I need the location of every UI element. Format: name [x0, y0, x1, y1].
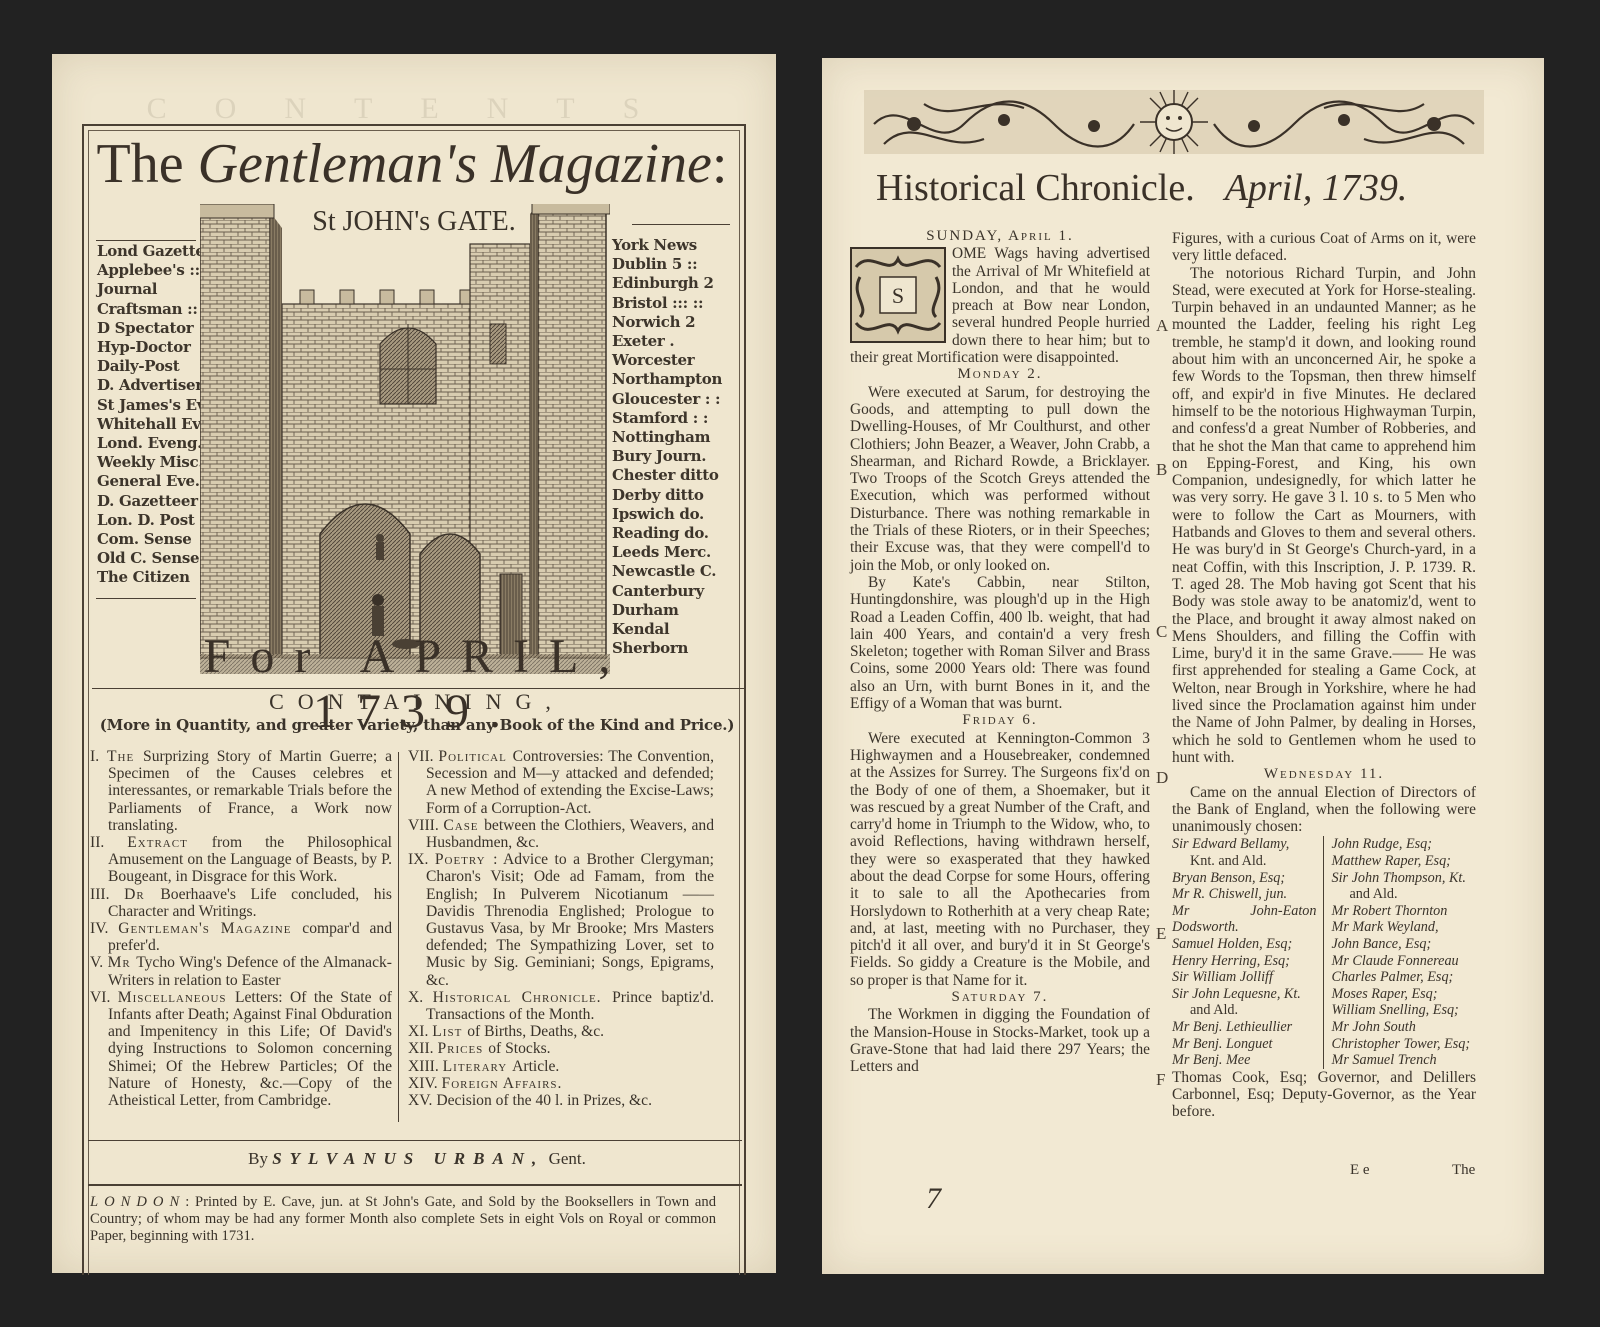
date-heading: Saturday 7. — [850, 989, 1150, 1006]
chronicle-column-left: SUNDAY, April 1.SOME Wags having adverti… — [850, 228, 1150, 1076]
newspaper-name: Edinburgh 2 — [612, 274, 732, 293]
newspaper-name: Com. Sense — [97, 530, 207, 549]
svg-text:S: S — [892, 283, 904, 308]
contents-item-text: Tycho Wing's Defence of the Almanack-Wri… — [108, 954, 392, 988]
newspaper-name: Lond Gazette — [97, 242, 207, 261]
director-name: Mr Benj. Longuet — [1172, 1036, 1317, 1053]
director-name: John Rudge, Esq; — [1332, 836, 1477, 853]
contents-item-lead: Miscellaneous — [118, 989, 235, 1006]
director-name: Mr Samuel Trench — [1332, 1052, 1477, 1069]
contents-item-lead: Poetry — [435, 851, 493, 868]
newspaper-name: Nottingham — [612, 428, 732, 447]
contents-item-lead: Case — [443, 817, 484, 834]
contents-item-number: XIII. — [408, 1058, 443, 1075]
contents-item-number: XIV. — [408, 1075, 442, 1092]
newspaper-name: York News — [612, 236, 732, 255]
newspaper-name: D. Advertiser — [97, 376, 207, 395]
director-name: Charles Palmer, Esq; — [1332, 969, 1477, 986]
contents-item-number: V. — [90, 954, 108, 971]
contents-item-number: II. — [90, 834, 127, 851]
newspaper-name: Durham — [612, 601, 732, 620]
director-name: Matthew Raper, Esq; — [1332, 853, 1477, 870]
contents-item-number: VII. — [408, 748, 438, 765]
contents-item-lead: Gentleman's Magazine — [118, 920, 302, 937]
contents-item-text: : Advice to a Brother Clergyman; Charon'… — [426, 851, 714, 988]
chronicle-paragraph: By Kate's Cabbin, near Stilton, Huntingd… — [850, 574, 1150, 712]
containing-heading: CONTAINING, — [92, 689, 742, 715]
director-name: Sir John Lequesne, Kt. — [1172, 986, 1317, 1003]
margin-letter-d: D — [1156, 768, 1168, 788]
bank-directors-list: Sir Edward Bellamy,Knt. and Ald.Bryan Be… — [1172, 836, 1476, 1068]
date-heading: Friday 6. — [850, 712, 1150, 729]
newspaper-name: Northampton — [612, 370, 732, 389]
newspaper-name: Bury Journ. — [612, 447, 732, 466]
chronicle-paragraph: Were executed at Kennington-Common 3 Hig… — [850, 730, 1150, 989]
contents-item-lead: Prices — [437, 1040, 488, 1057]
newspaper-name: General Eve. — [97, 472, 207, 491]
contents-column-right: VII. Political Controversies: The Conven… — [408, 748, 714, 1109]
contents-column-divider — [398, 752, 399, 1122]
newspaper-name: Bristol ::: :: — [612, 294, 732, 313]
contents-item-lead: Foreign Affairs. — [442, 1075, 563, 1092]
author-name: SYLVANUS URBAN, — [272, 1149, 544, 1168]
signature-mark: E e — [1350, 1162, 1370, 1179]
governor-note: Thomas Cook, Esq; Governor, and Deliller… — [1172, 1069, 1476, 1121]
subtitle-tagline: (More in Quantity, and greater Variety, … — [92, 716, 742, 734]
contents-item: I. The Surprizing Story of Martin Guerre… — [90, 748, 392, 834]
margin-letter-f: F — [1156, 1070, 1165, 1090]
contents-item: VII. Political Controversies: The Conven… — [408, 748, 714, 817]
contents-item: XII. Prices of Stocks. — [408, 1040, 714, 1057]
chronicle-paragraph: Were executed at Sarum, for destroying t… — [850, 384, 1150, 574]
contents-item-number: III. — [90, 886, 124, 903]
chronicle-paragraph: Came on the annual Election of Directors… — [1172, 784, 1476, 836]
date-heading: SUNDAY, April 1. — [850, 228, 1150, 245]
decorative-headpiece-ornament — [864, 84, 1484, 160]
newspaper-name: Craftsman :: — [97, 300, 207, 319]
director-name: Mr Claude Fonnereau — [1332, 953, 1477, 970]
newspaper-name: Whitehall Ev. — [97, 415, 207, 434]
contents-item-lead: Literary — [443, 1058, 512, 1075]
contents-item-number: IV. — [90, 920, 118, 937]
chronicle-paragraph: Figures, with a curious Coat of Arms on … — [1172, 230, 1476, 265]
contents-item: IV. Gentleman's Magazine compar'd and pr… — [90, 920, 392, 954]
newspaper-list-right: York NewsDublin 5 ::Edinburgh 2Bristol :… — [612, 236, 732, 658]
newspaper-name: Journal — [97, 280, 207, 299]
chronicle-title: Historical Chronicle.April, 1739. — [876, 166, 1407, 210]
director-name: Mr John-Eaton Dodsworth. — [1172, 903, 1317, 936]
magazine-title: The Gentleman's Magazine: — [82, 134, 742, 194]
newspaper-list-left: Lond GazetteApplebee's ::JournalCraftsma… — [97, 242, 207, 588]
newspaper-name: Old C. Sense — [97, 549, 207, 568]
contents-item: XIV. Foreign Affairs. — [408, 1075, 714, 1092]
newspaper-name: Gloucester : : — [612, 390, 732, 409]
contents-item-lead: Dr — [124, 886, 160, 903]
newspaper-name: St James's Ev. — [97, 396, 207, 415]
catchword: The — [1452, 1162, 1475, 1179]
contents-item-lead: Mr — [108, 954, 137, 971]
newspaper-name: Ipswich do. — [612, 505, 732, 524]
newspaper-name: Dublin 5 :: — [612, 255, 732, 274]
newspaper-name: Hyp-Doctor — [97, 338, 207, 357]
contents-item: XV. Decision of the 40 l. in Prizes, &c. — [408, 1092, 714, 1109]
title-page: CONTENTS The Gentleman's Magazine: St JO… — [52, 54, 776, 1273]
newspaper-name: Norwich 2 — [612, 313, 732, 332]
byline: By SYLVANUS URBAN, Gent. — [92, 1149, 742, 1169]
margin-letter-c: C — [1156, 622, 1167, 642]
chronicle-column-right: Figures, with a curious Coat of Arms on … — [1172, 230, 1476, 1121]
director-name: Knt. and Ald. — [1172, 853, 1317, 870]
director-name: Sir John Thompson, Kt. — [1332, 870, 1477, 887]
contents-item-lead: Historical Chronicle. — [433, 989, 612, 1006]
st-johns-gate-engraving — [200, 204, 610, 674]
chronicle-paragraph: The notorious Richard Turpin, and John S… — [1172, 265, 1476, 767]
contents-item-lead: Extract — [127, 834, 212, 851]
contents-item-number: XII. — [408, 1040, 437, 1057]
bleed-through-text: CONTENTS — [92, 92, 742, 126]
director-name: Sir Edward Bellamy, — [1172, 836, 1317, 853]
chronicle-paragraph: The Workmen in digging the Foundation of… — [850, 1006, 1150, 1075]
director-name: Henry Herring, Esq; — [1172, 953, 1317, 970]
director-name: Mr Mark Weyland, — [1332, 919, 1477, 936]
contents-item: III. Dr Boerhaave's Life concluded, his … — [90, 886, 392, 920]
contents-item-text: Article. — [512, 1058, 559, 1075]
margin-letter-e: E — [1156, 924, 1166, 944]
rule-papers-left-bottom — [96, 598, 196, 599]
contents-item: V. Mr Tycho Wing's Defence of the Almana… — [90, 954, 392, 988]
newspaper-name: Weekly Misc. — [97, 453, 207, 472]
newspaper-name: Stamford : : — [612, 409, 732, 428]
contents-item: XI. List of Births, Deaths, &c. — [408, 1023, 714, 1040]
newspaper-name: Derby ditto — [612, 486, 732, 505]
contents-item-number: XV. — [408, 1092, 436, 1109]
newspaper-name: Newcastle C. — [612, 562, 732, 581]
rule-byline-top — [88, 1140, 742, 1141]
newspaper-name: Applebee's :: — [97, 261, 207, 280]
director-name: Mr R. Chiswell, jun. — [1172, 886, 1317, 903]
contents-item-number: XI. — [408, 1023, 432, 1040]
margin-letter-a: A — [1156, 316, 1168, 336]
contents-item: XIII. Literary Article. — [408, 1058, 714, 1075]
newspaper-name: D Spectator — [97, 319, 207, 338]
contents-item-lead: Political — [438, 748, 512, 765]
director-name: William Snelling, Esq; — [1332, 1002, 1477, 1019]
director-name: and Ald. — [1332, 886, 1477, 903]
page-number: 7 — [926, 1182, 941, 1216]
newspaper-name: Lond. Eveng. — [97, 434, 207, 453]
contents-item-number: VIII. — [408, 817, 443, 834]
director-name: Mr Benj. Mee — [1172, 1052, 1317, 1069]
contents-item-text: of Stocks. — [488, 1040, 550, 1057]
director-name: Mr John South — [1332, 1019, 1477, 1036]
contents-item-number: IX. — [408, 851, 435, 868]
director-name: Sir William Jolliff — [1172, 969, 1317, 986]
newspaper-name: Exeter . — [612, 332, 732, 351]
date-heading: Wednesday 11. — [1172, 766, 1476, 783]
contents-item-number: I. — [90, 748, 107, 765]
newspaper-name: D. Gazetteer — [97, 492, 207, 511]
contents-item-text: Letters: Of the State of Infants after D… — [108, 989, 392, 1109]
director-name: Samuel Holden, Esq; — [1172, 936, 1317, 953]
contents-item: VI. Miscellaneous Letters: Of the State … — [90, 989, 392, 1109]
director-name: John Bance, Esq; — [1332, 936, 1477, 953]
newspaper-name: Daily-Post — [97, 357, 207, 376]
contents-item-number: VI. — [90, 989, 118, 1006]
newspaper-name: Chester ditto — [612, 466, 732, 485]
director-name: and Ald. — [1172, 1002, 1317, 1019]
contents-item-text: of Births, Deaths, &c. — [467, 1023, 604, 1040]
margin-letter-b: B — [1156, 460, 1167, 480]
newspaper-name: The Citizen — [97, 568, 207, 587]
contents-item-number: X. — [408, 989, 433, 1006]
newspaper-name: Worcester — [612, 351, 732, 370]
director-name: Mr Benj. Lethieullier — [1172, 1019, 1317, 1036]
contents-item-lead: The — [107, 748, 143, 765]
newspaper-name: Reading do. — [612, 524, 732, 543]
director-name: Moses Raper, Esq; — [1332, 986, 1477, 1003]
contents-column-left: I. The Surprizing Story of Martin Guerre… — [90, 748, 392, 1109]
contents-item-text: Surprizing Story of Martin Guerre; a Spe… — [108, 748, 392, 834]
directors-column: John Rudge, Esq;Matthew Raper, Esq;Sir J… — [1324, 836, 1477, 1068]
rule-papers-left-top — [96, 240, 196, 241]
contents-item-text: Decision of the 40 l. in Prizes, &c. — [436, 1092, 652, 1109]
rule-papers-right-top — [632, 224, 730, 225]
contents-item-lead: List — [432, 1023, 467, 1040]
directors-column: Sir Edward Bellamy,Knt. and Ald.Bryan Be… — [1172, 836, 1324, 1068]
chronicle-paragraph: SOME Wags having advertised the Arrival … — [850, 245, 1150, 366]
chronicle-month: April, 1739. — [1225, 167, 1408, 209]
newspaper-name: Leeds Merc. — [612, 543, 732, 562]
director-name: Mr Robert Thornton — [1332, 903, 1477, 920]
newspaper-name: Lon. D. Post — [97, 511, 207, 530]
chronicle-page: Historical Chronicle.April, 1739. SUNDAY… — [822, 58, 1544, 1274]
imprint: LONDON: Printed by E. Cave, jun. at St J… — [90, 1194, 716, 1245]
ornamental-drop-cap-icon: S — [850, 247, 946, 343]
contents-item: X. Historical Chronicle. Prince baptiz'd… — [408, 989, 714, 1023]
date-heading: Monday 2. — [850, 366, 1150, 383]
director-name: Christopher Tower, Esq; — [1332, 1036, 1477, 1053]
contents-item: IX. Poetry : Advice to a Brother Clergym… — [408, 851, 714, 989]
rule-byline-bottom — [88, 1184, 742, 1186]
contents-item: II. Extract from the Philosophical Amuse… — [90, 834, 392, 886]
contents-item: VIII. Case between the Clothiers, Weaver… — [408, 817, 714, 851]
newspaper-name: Canterbury — [612, 582, 732, 601]
director-name: Bryan Benson, Esq; — [1172, 870, 1317, 887]
